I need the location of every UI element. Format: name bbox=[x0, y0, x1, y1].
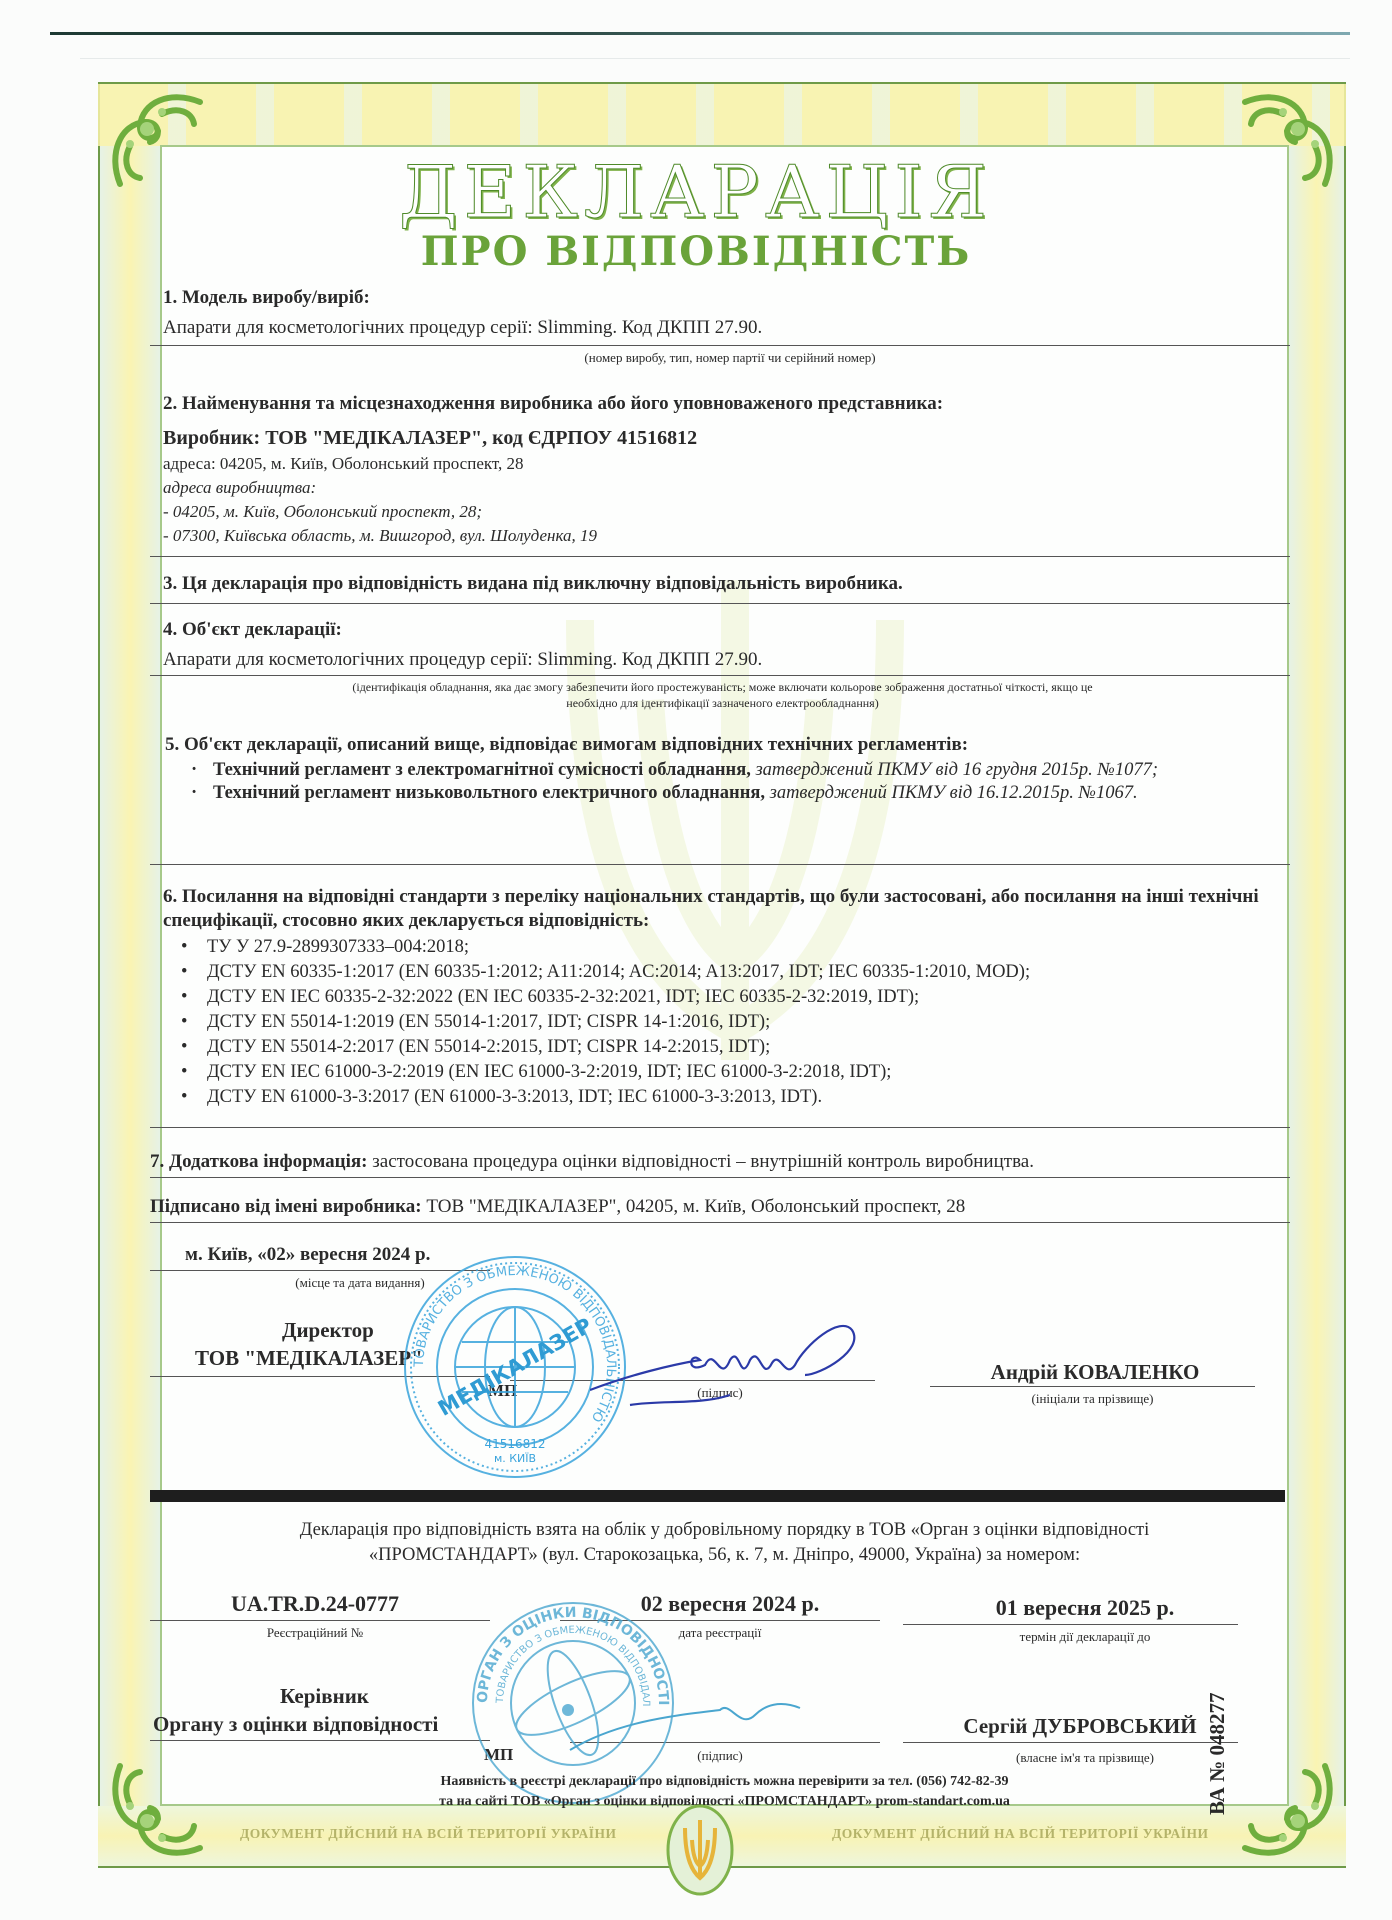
section-4-caption: (ідентифікація обладнання, яка дає змогу… bbox=[160, 679, 1285, 711]
frame-band-left bbox=[100, 146, 160, 1806]
section-1: 1. Модель виробу/виріб: Апарати для косм… bbox=[163, 286, 1288, 340]
signed-on-behalf-value: ТОВ "МЕДІКАЛАЗЕР", 04205, м. Київ, Оболо… bbox=[422, 1196, 966, 1217]
divider bbox=[150, 556, 1290, 557]
frame-band-right bbox=[1289, 146, 1344, 1806]
scan-faint-line bbox=[80, 58, 1350, 59]
divider bbox=[930, 1386, 1255, 1387]
svg-text:41516812: 41516812 bbox=[484, 1437, 545, 1451]
caption-line: необхідно для ідентифікації зазначеного … bbox=[160, 695, 1285, 711]
head-name-caption: (власне ім'я та прізвище) bbox=[920, 1750, 1250, 1766]
director-name: Андрій КОВАЛЕНКО bbox=[940, 1360, 1250, 1384]
list-item: ТУ У 27.9-2899307333–004:2018; bbox=[163, 935, 1283, 960]
head-title-1: Керівник bbox=[280, 1684, 369, 1708]
director-title: Директор bbox=[282, 1318, 374, 1342]
section-2-heading: 2. Найменування та місцезнаходження виро… bbox=[163, 392, 1288, 416]
production-address-2: - 07300, Київська область, м. Вишгород, … bbox=[163, 524, 1288, 548]
divider bbox=[150, 1177, 1290, 1178]
production-address-1: - 04205, м. Київ, Оболонський проспект, … bbox=[163, 500, 1288, 524]
list-item: Технічний регламент низьковольтного елек… bbox=[165, 782, 1285, 805]
section-4-heading: 4. Об'єкт декларації: bbox=[163, 618, 1288, 642]
director-signature bbox=[590, 1305, 870, 1415]
regulation-approval: затверджений ПКМУ від 16.12.2015р. №1067… bbox=[765, 783, 1138, 803]
divider bbox=[150, 1222, 1290, 1223]
list-item: ДСТУ EN IEC 61000-3-2:2019 (EN IEC 61000… bbox=[163, 1060, 1283, 1085]
valid-until-date: 01 вересня 2025 р. bbox=[920, 1596, 1250, 1620]
section-7-heading: 7. Додаткова інформація: bbox=[150, 1151, 368, 1172]
registration-text-2: «ПРОМСТАНДАРТ» (вул. Старокозацька, 56, … bbox=[160, 1543, 1289, 1567]
section-1-heading: 1. Модель виробу/виріб: bbox=[163, 286, 1288, 310]
list-item: ДСТУ EN 60335-1:2017 (EN 60335-1:2012; A… bbox=[163, 960, 1283, 985]
divider bbox=[903, 1624, 1238, 1625]
section-3-heading: 3. Ця декларація про відповідність видан… bbox=[163, 572, 1288, 596]
svg-text:м. КИЇВ: м. КИЇВ bbox=[494, 1452, 536, 1465]
divider bbox=[903, 1742, 1238, 1743]
regulation-title: Технічний регламент низьковольтного елек… bbox=[213, 783, 765, 803]
section-4: 4. Об'єкт декларації: Апарати для космет… bbox=[163, 618, 1288, 672]
section-1-caption: (номер виробу, тип, номер партії чи сері… bbox=[350, 350, 1110, 366]
head-title-2: Органу з оцінки відповідності bbox=[153, 1712, 438, 1736]
list-item: ДСТУ EN 55014-2:2017 (EN 55014-2:2015, I… bbox=[163, 1035, 1283, 1060]
regulation-title: Технічний регламент з електромагнітної с… bbox=[213, 760, 751, 780]
signed-on-behalf-label: Підписано від імені виробника: bbox=[150, 1196, 422, 1217]
section-2: 2. Найменування та місцезнаходження виро… bbox=[163, 392, 1288, 548]
divider bbox=[150, 1620, 490, 1621]
valid-until-caption: термін дії декларації до bbox=[920, 1629, 1250, 1645]
registry-check-note-1: Наявність в реєстрі декларації про відпо… bbox=[160, 1773, 1289, 1791]
scan-edge-line bbox=[50, 32, 1350, 35]
additional-info: застосована процедура оцінки відповіднос… bbox=[368, 1151, 1034, 1172]
section-separator bbox=[150, 1490, 1285, 1502]
divider bbox=[150, 603, 1290, 604]
registration-text-2-value: «ПРОМСТАНДАРТ» (вул. Старокозацька, 56, … bbox=[369, 1545, 1080, 1565]
divider bbox=[150, 1740, 490, 1741]
registration-number-caption: Реєстраційний № bbox=[180, 1625, 450, 1641]
section-7: 7. Додаткова інформація: застосована про… bbox=[150, 1150, 1290, 1174]
list-item: Технічний регламент з електромагнітної с… bbox=[165, 759, 1285, 782]
divider bbox=[150, 345, 1290, 346]
manufacturer-address: адреса: 04205, м. Київ, Оболонський прос… bbox=[163, 452, 1288, 476]
document-subtitle: ПРО ВІДПОВІДНІСТЬ bbox=[0, 228, 1392, 275]
registration-number: UA.TR.D.24-0777 bbox=[180, 1592, 450, 1616]
standards-list: ТУ У 27.9-2899307333–004:2018; ДСТУ EN 6… bbox=[163, 935, 1283, 1110]
head-signature bbox=[560, 1680, 820, 1760]
regulation-approval: затверджений ПКМУ від 16 грудня 2015р. №… bbox=[751, 760, 1158, 780]
divider bbox=[150, 1127, 1290, 1128]
issue-place-date: м. Київ, «02» вересня 2024 р. bbox=[185, 1243, 430, 1267]
signed-on-behalf: Підписано від імені виробника: ТОВ "МЕДІ… bbox=[150, 1195, 1290, 1219]
document-title: ДЕКЛАРАЦІЯ bbox=[0, 150, 1392, 234]
list-item: ДСТУ EN 61000-3-3:2017 (EN 61000-3-3:201… bbox=[163, 1085, 1283, 1110]
list-item: ДСТУ EN IEC 60335-2-32:2022 (EN IEC 6033… bbox=[163, 985, 1283, 1010]
section-6-heading: 6. Посилання на відповідні стандарти з п… bbox=[163, 885, 1283, 933]
list-item: ДСТУ EN 55014-1:2019 (EN 55014-1:2017, I… bbox=[163, 1010, 1283, 1035]
divider bbox=[150, 675, 1290, 676]
validity-note-right: ДОКУМЕНТ ДІЙСНИЙ НА ВСІЙ ТЕРИТОРІЇ УКРАЇ… bbox=[832, 1826, 1208, 1842]
regulations-list: Технічний регламент з електромагнітної с… bbox=[165, 759, 1285, 805]
section-3: 3. Ця декларація про відповідність видан… bbox=[163, 572, 1288, 596]
frame-band-top bbox=[98, 84, 1346, 146]
validity-note-left: ДОКУМЕНТ ДІЙСНИЙ НА ВСІЙ ТЕРИТОРІЇ УКРАЇ… bbox=[240, 1826, 616, 1842]
divider bbox=[150, 864, 1290, 865]
manufacturer-name: Виробник: ТОВ "МЕДІКАЛАЗЕР", код ЄДРПОУ … bbox=[163, 426, 1288, 450]
section-6: 6. Посилання на відповідні стандарти з п… bbox=[163, 885, 1283, 1110]
director-company: ТОВ "МЕДІКАЛАЗЕР" bbox=[195, 1346, 423, 1370]
product-model: Апарати для косметологічних процедур сер… bbox=[163, 316, 1288, 340]
section-5: 5. Об'єкт декларації, описаний вище, від… bbox=[165, 733, 1285, 805]
director-name-caption: (ініціали та прізвище) bbox=[930, 1391, 1255, 1407]
caption-line: (ідентифікація обладнання, яка дає змогу… bbox=[160, 679, 1285, 695]
production-address-label: адреса виробництва: bbox=[163, 476, 1288, 500]
trident-emblem-icon bbox=[665, 1800, 735, 1900]
registration-text-1: Декларація про відповідність взята на об… bbox=[160, 1518, 1289, 1542]
declaration-object: Апарати для косметологічних процедур сер… bbox=[163, 648, 1288, 672]
head-name: Сергій ДУБРОВСЬКИЙ bbox=[930, 1714, 1230, 1738]
section-5-heading: 5. Об'єкт декларації, описаний вище, від… bbox=[165, 733, 1285, 757]
